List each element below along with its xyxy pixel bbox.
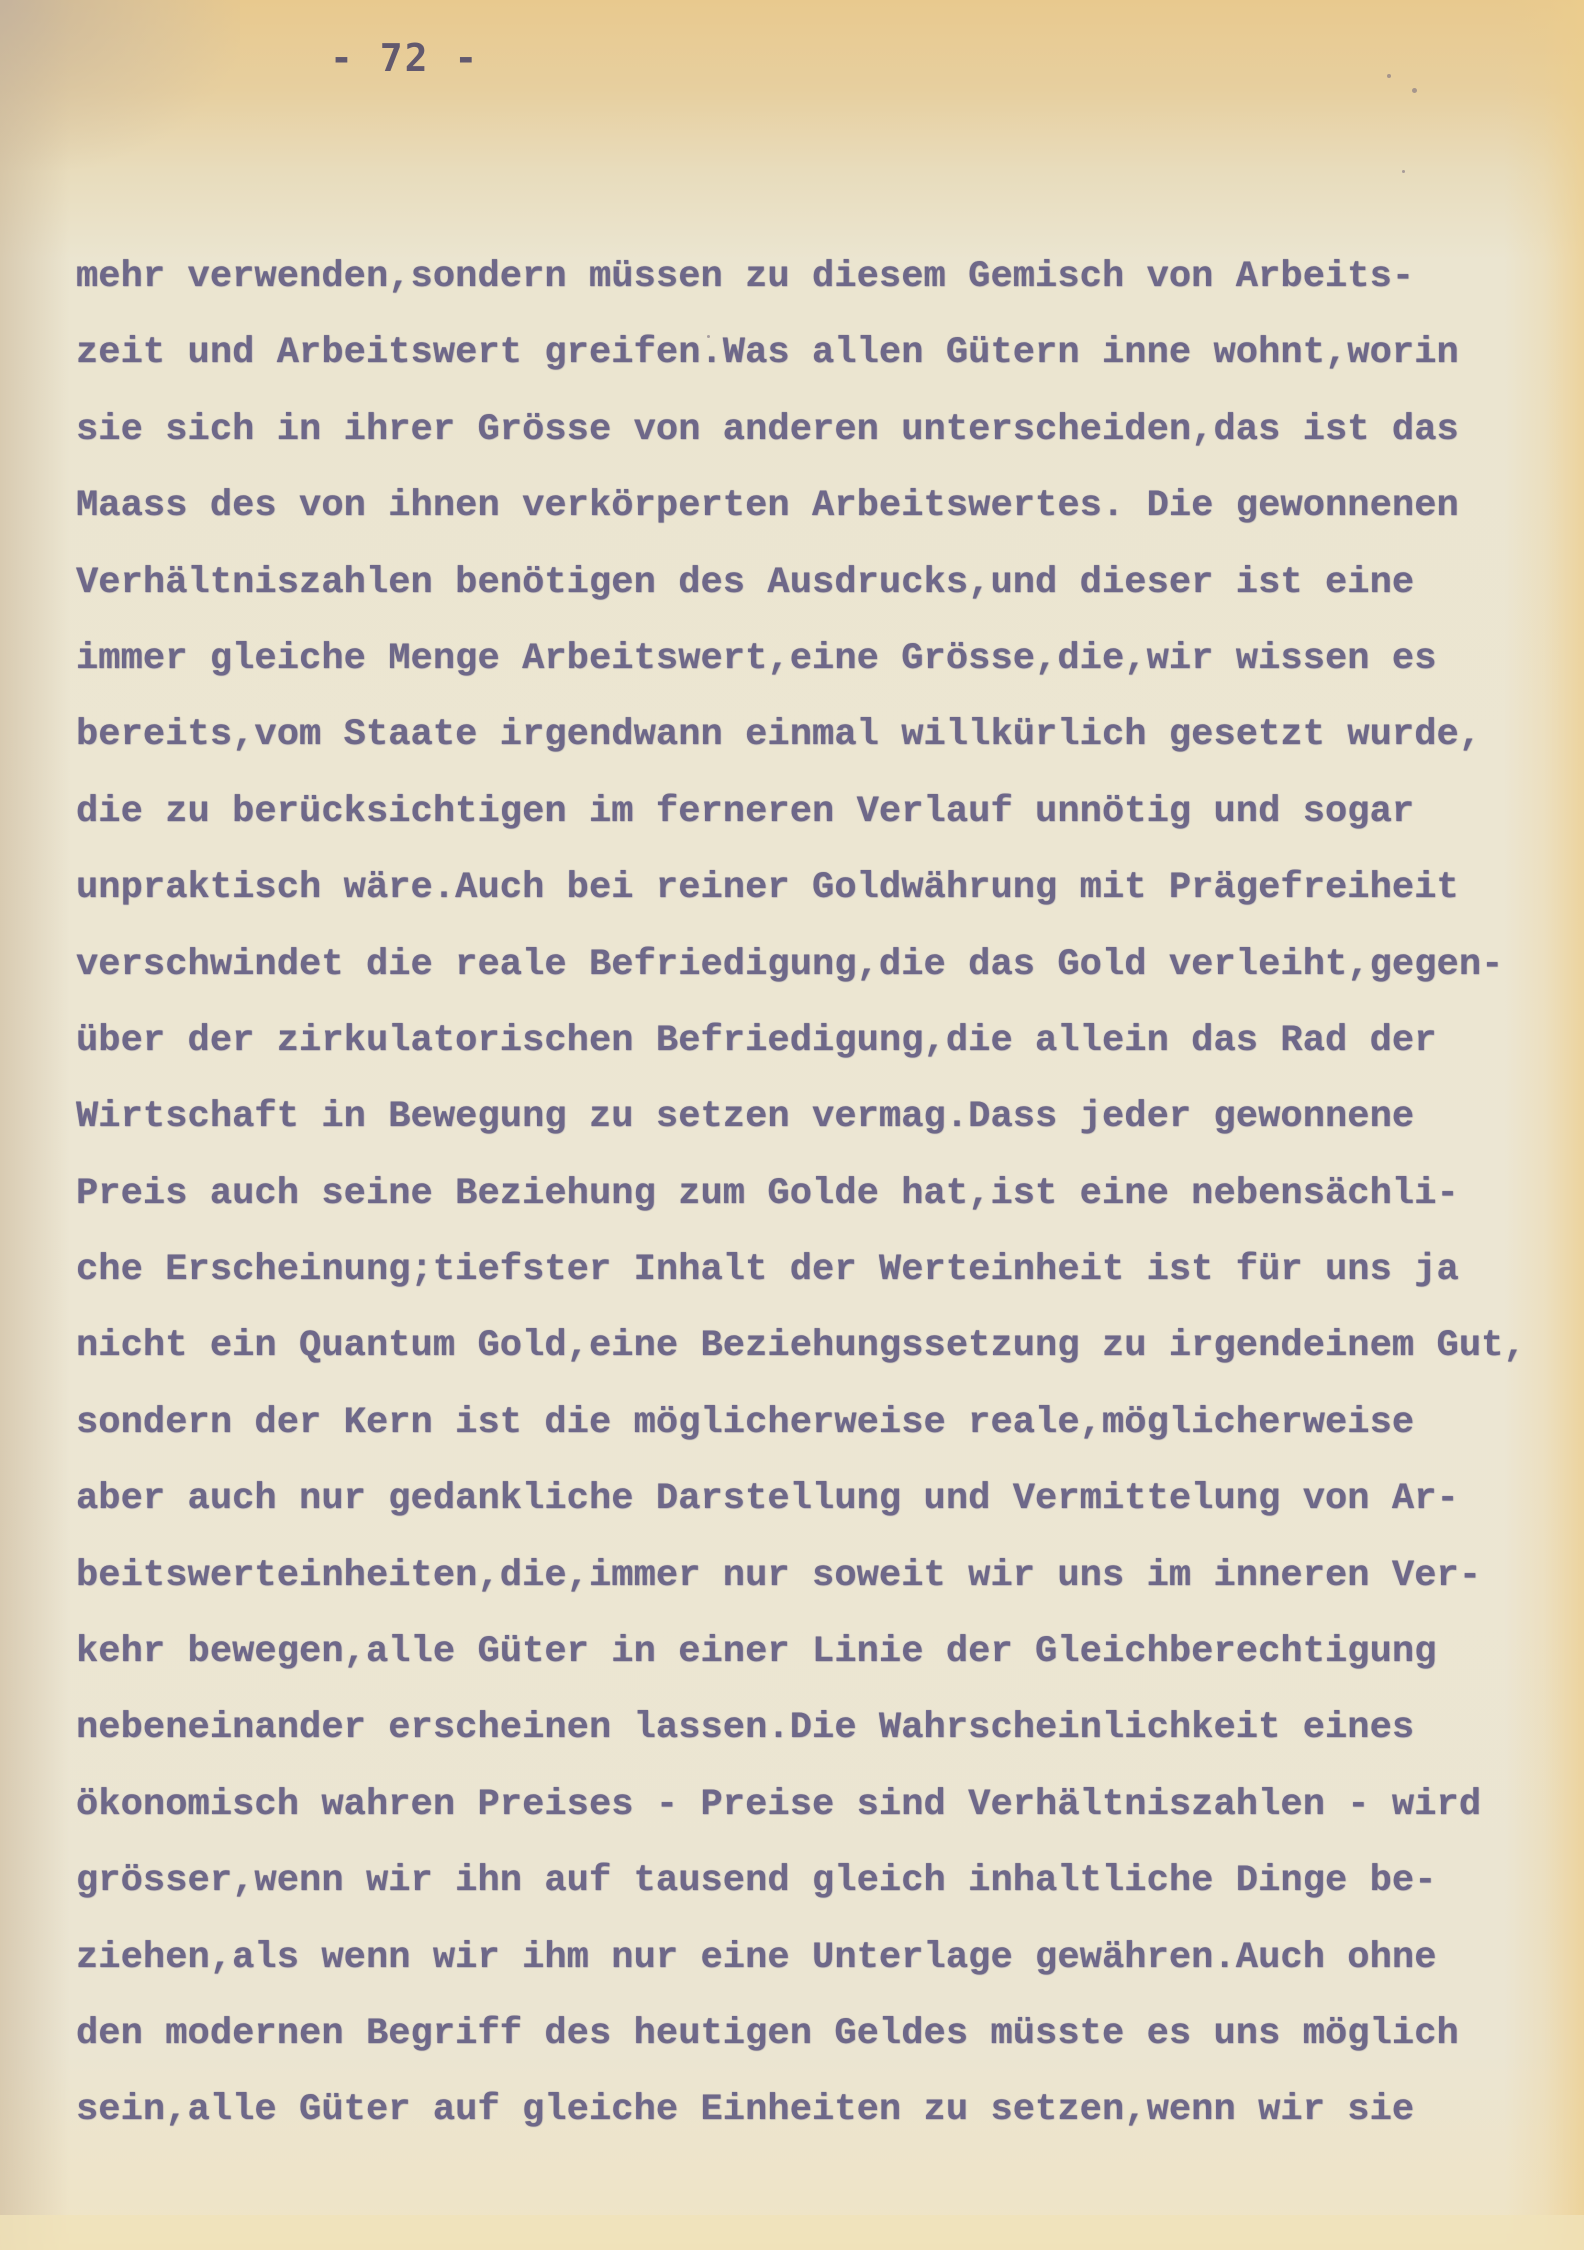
- paper-speck: [1402, 170, 1405, 173]
- text-line: Wirtschaft in Bewegung zu setzen vermag.…: [76, 1092, 1556, 1168]
- typewritten-page: - 72 - mehr verwenden,sondern müssen zu …: [0, 0, 1584, 2250]
- text-line: verschwindet die reale Befriedigung,die …: [76, 940, 1556, 1016]
- text-line: Verhältniszahlen benötigen des Ausdrucks…: [76, 558, 1556, 634]
- paper-speck: [1387, 74, 1391, 78]
- text-line: zeit und Arbeitswert greifen.Was allen G…: [76, 328, 1556, 404]
- paper-speck: [707, 335, 710, 338]
- text-line: die zu berücksichtigen im ferneren Verla…: [76, 787, 1556, 863]
- text-line: nebeneinander erscheinen lassen.Die Wahr…: [76, 1703, 1556, 1779]
- text-line: nicht ein Quantum Gold,eine Beziehungsse…: [76, 1321, 1556, 1397]
- text-line: kehr bewegen,alle Güter in einer Linie d…: [76, 1627, 1556, 1703]
- page-number: - 72 -: [330, 36, 479, 80]
- body-text: mehr verwenden,sondern müssen zu diesem …: [76, 252, 1556, 2162]
- text-line: Preis auch seine Beziehung zum Golde hat…: [76, 1169, 1556, 1245]
- text-line: immer gleiche Menge Arbeitswert,eine Grö…: [76, 634, 1556, 710]
- text-line: über der zirkulatorischen Befriedigung,d…: [76, 1016, 1556, 1092]
- text-line: beitswerteinheiten,die,immer nur soweit …: [76, 1551, 1556, 1627]
- text-line: sie sich in ihrer Grösse von anderen unt…: [76, 405, 1556, 481]
- text-line: den modernen Begriff des heutigen Geldes…: [76, 2009, 1556, 2085]
- text-line: bereits,vom Staate irgendwann einmal wil…: [76, 710, 1556, 786]
- text-line: sein,alle Güter auf gleiche Einheiten zu…: [76, 2085, 1556, 2161]
- text-line: sondern der Kern ist die möglicherweise …: [76, 1398, 1556, 1474]
- text-line: che Erscheinung;tiefster Inhalt der Wert…: [76, 1245, 1556, 1321]
- text-line: grösser,wenn wir ihn auf tausend gleich …: [76, 1856, 1556, 1932]
- text-line: mehr verwenden,sondern müssen zu diesem …: [76, 252, 1556, 328]
- paper-speck: [1412, 88, 1417, 93]
- text-line: Maass des von ihnen verkörperten Arbeits…: [76, 481, 1556, 557]
- text-line: ökonomisch wahren Preises - Preise sind …: [76, 1780, 1556, 1856]
- text-line: aber auch nur gedankliche Darstellung un…: [76, 1474, 1556, 1550]
- text-line: unpraktisch wäre.Auch bei reiner Goldwäh…: [76, 863, 1556, 939]
- text-line: ziehen,als wenn wir ihm nur eine Unterla…: [76, 1933, 1556, 2009]
